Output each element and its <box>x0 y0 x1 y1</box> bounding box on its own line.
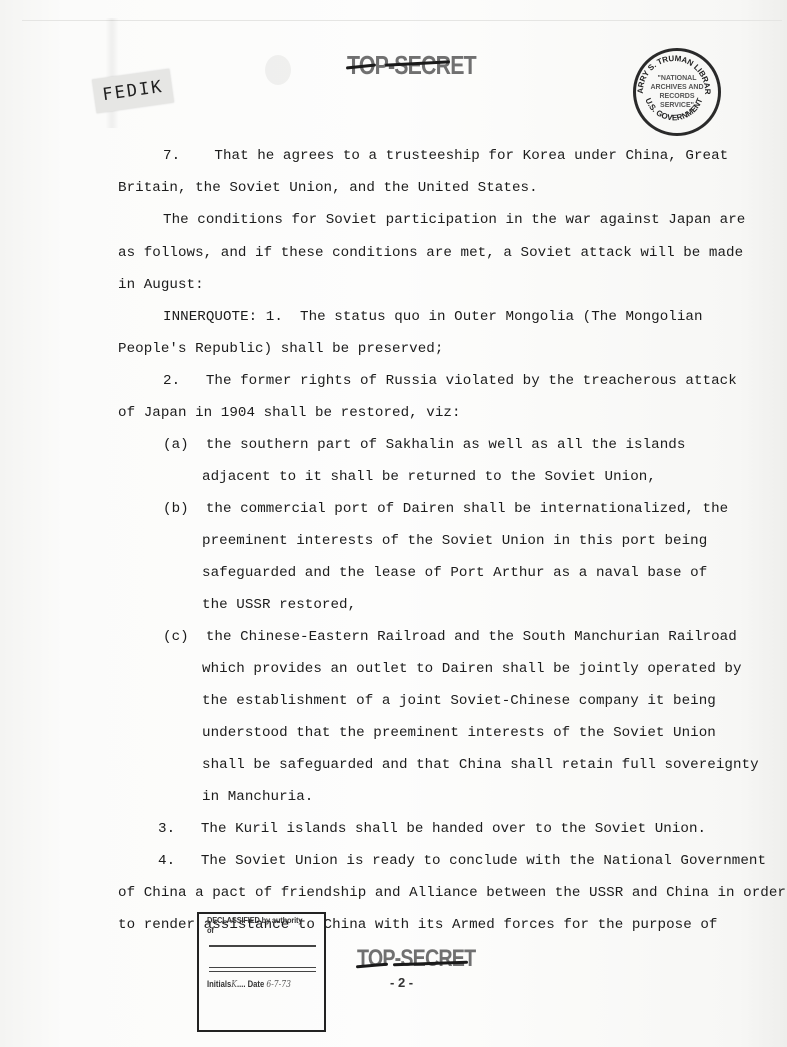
text-line: (a) the southern part of Sakhalin as wel… <box>163 437 685 453</box>
text-line: in August: <box>118 277 204 293</box>
text-line: which provides an outlet to Dairen shall… <box>202 661 742 677</box>
file-tag-text: FEDIK <box>101 77 164 105</box>
text-line: of Japan in 1904 shall be restored, viz: <box>118 405 461 421</box>
text-line: the establishment of a joint Soviet-Chin… <box>202 693 716 709</box>
text-line: (b) the commercial port of Dairen shall … <box>163 501 728 517</box>
date-value: 6-7-73 <box>266 980 291 990</box>
text-line: The conditions for Soviet participation … <box>163 212 745 228</box>
text-line: shall be safeguarded and that China shal… <box>202 757 759 773</box>
text-line: 3. The Kuril islands shall be handed ove… <box>158 821 706 837</box>
text-line: 7. That he agrees to a trusteeship for K… <box>163 148 728 164</box>
text-line: Britain, the Soviet Union, and the Unite… <box>118 180 538 196</box>
text-line: preeminent interests of the Soviet Union… <box>202 533 707 549</box>
svg-text:U.S. GOVERNMENT: U.S. GOVERNMENT <box>643 97 704 123</box>
date-label: Date <box>248 979 265 989</box>
smudge <box>265 55 291 85</box>
document-page: FEDIK TOP-SECRET HARRY S. TRUMAN LIBRARY… <box>0 0 787 1047</box>
text-line: the USSR restored, <box>202 597 356 613</box>
text-line: INNERQUOTE: 1. The status quo in Outer M… <box>163 309 703 325</box>
text-line: 2. The former rights of Russia violated … <box>163 373 737 389</box>
text-line: 4. The Soviet Union is ready to conclude… <box>158 853 766 869</box>
text-line: in Manchuria. <box>202 789 313 805</box>
page-edge <box>22 20 782 21</box>
text-line: as follows, and if these conditions are … <box>118 245 743 261</box>
initials-date-row: InitialsK.... Date 6-7-73 <box>207 979 291 990</box>
archive-seal-stamp: HARRY S. TRUMAN LIBRARY U.S. GOVERNMENT … <box>633 48 721 136</box>
authority-double-line <box>209 967 316 972</box>
authority-line <box>209 945 316 947</box>
svg-text:HARRY S. TRUMAN LIBRARY: HARRY S. TRUMAN LIBRARY <box>633 48 712 95</box>
dotted-leader: .... <box>237 979 246 989</box>
declassification-box: DECLASSIFIED by authority of InitialsK..… <box>197 912 326 1032</box>
text-line: of China a pact of friendship and Allian… <box>118 885 786 901</box>
text-line: People's Republic) shall be preserved; <box>118 341 443 357</box>
text-line: safeguarded and the lease of Port Arthur… <box>202 565 707 581</box>
classification-stamp-bottom: TOP-SECRET <box>357 945 475 973</box>
text-line: (c) the Chinese-Eastern Railroad and the… <box>163 629 737 645</box>
declassification-title: DECLASSIFIED by authority of <box>207 915 310 935</box>
text-line: adjacent to it shall be returned to the … <box>202 469 656 485</box>
initials-label: Initials <box>207 979 231 989</box>
seal-ring-text-icon: HARRY S. TRUMAN LIBRARY U.S. GOVERNMENT <box>633 48 715 130</box>
text-line: understood that the preeminent interests… <box>202 725 716 741</box>
page-number: - 2 - <box>390 975 413 990</box>
